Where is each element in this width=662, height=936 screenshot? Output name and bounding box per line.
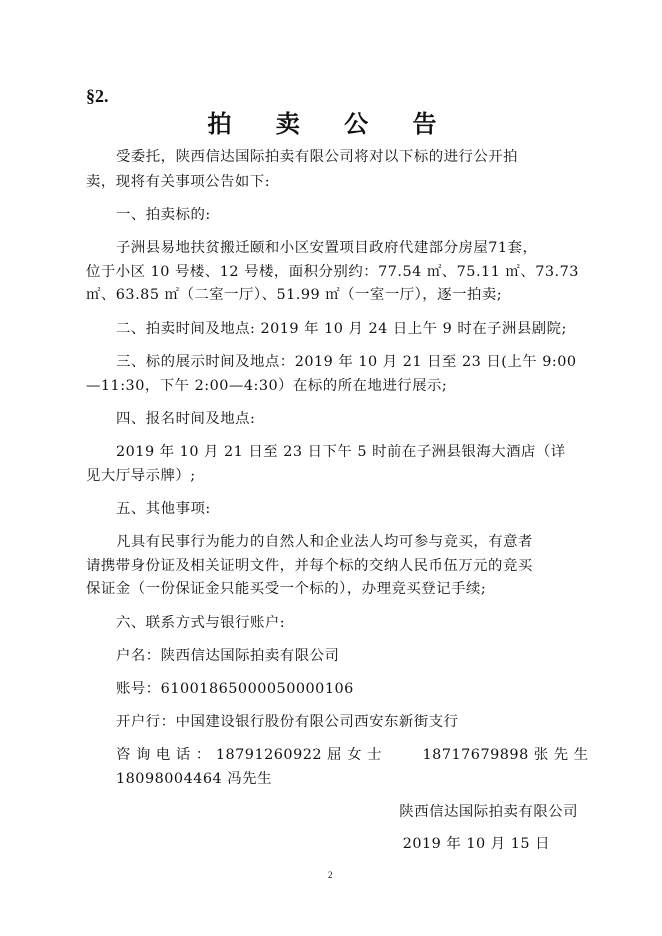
intro-line-1: 受委托，陕西信达国际拍卖有限公司将对以下标的进行公开拍 bbox=[116, 145, 578, 169]
phone-line-1: 咨 询 电 话 ： 18791260922 屈 女 士 18717679898 … bbox=[116, 743, 578, 767]
registration-line-2: 见大厅导示牌）; bbox=[86, 464, 578, 488]
heading-auction-subject: 一、拍卖标的: bbox=[116, 203, 578, 227]
signature-date: 2019 年 10 月 15 日 bbox=[403, 832, 550, 856]
registration-line-1: 2019 年 10 月 21 日至 23 日下午 5 时前在子洲县银海大酒店（详 bbox=[116, 440, 578, 464]
page-title: 拍 卖 公 告 bbox=[0, 104, 662, 139]
heading-other-matters: 五、其他事项: bbox=[116, 497, 578, 521]
bank-name: 开户行：中国建设银行股份有限公司西安东新街支行 bbox=[116, 710, 578, 734]
phone-line-2: 18098004464 冯先生 bbox=[116, 767, 578, 791]
other-line-2: 请携带身份证及相关证明文件，并每个标的交纳人民币伍万元的竞买 bbox=[86, 554, 578, 578]
other-line-1: 凡具有民事行为能力的自然人和企业法人均可参与竞买，有意者 bbox=[116, 530, 578, 554]
heading-display-time-line-1: 三、标的展示时间及地点：2019 年 10 月 21 日至 23 日(上午 9:… bbox=[116, 350, 578, 374]
signature-company: 陕西信达国际拍卖有限公司 bbox=[399, 800, 578, 824]
heading-registration: 四、报名时间及地点: bbox=[116, 407, 578, 431]
other-line-3: 保证金（一份保证金只能买受一个标的），办理竞买登记手续; bbox=[86, 577, 578, 601]
document-page: §2. 拍 卖 公 告 受委托，陕西信达国际拍卖有限公司将对以下标的进行公开拍 … bbox=[0, 0, 662, 936]
subject-line-1: 子洲县易地扶贫搬迁颐和小区安置项目政府代建部分房屋71套， bbox=[116, 236, 578, 260]
account-name: 户名：陕西信达国际拍卖有限公司 bbox=[116, 644, 578, 668]
heading-contact: 六、联系方式与银行账户: bbox=[116, 611, 578, 635]
subject-line-3: ㎡、63.85 ㎡（二室一厅）、51.99 ㎡（一室一厅），逐一拍卖; bbox=[86, 283, 578, 307]
page-number: 2 bbox=[328, 870, 333, 880]
heading-display-time-line-2: —11:30，下午 2:00—4:30）在标的所在地进行展示; bbox=[86, 374, 578, 398]
account-number: 账号：61001865000050000106 bbox=[116, 677, 578, 701]
heading-auction-time: 二、拍卖时间及地点: 2019 年 10 月 24 日上午 9 时在子洲县剧院; bbox=[116, 317, 578, 341]
intro-line-2: 卖，现将有关事项公告如下: bbox=[86, 170, 578, 194]
subject-line-2: 位于小区 10 号楼、12 号楼，面积分别约：77.54 ㎡、75.11 ㎡、7… bbox=[86, 260, 578, 284]
